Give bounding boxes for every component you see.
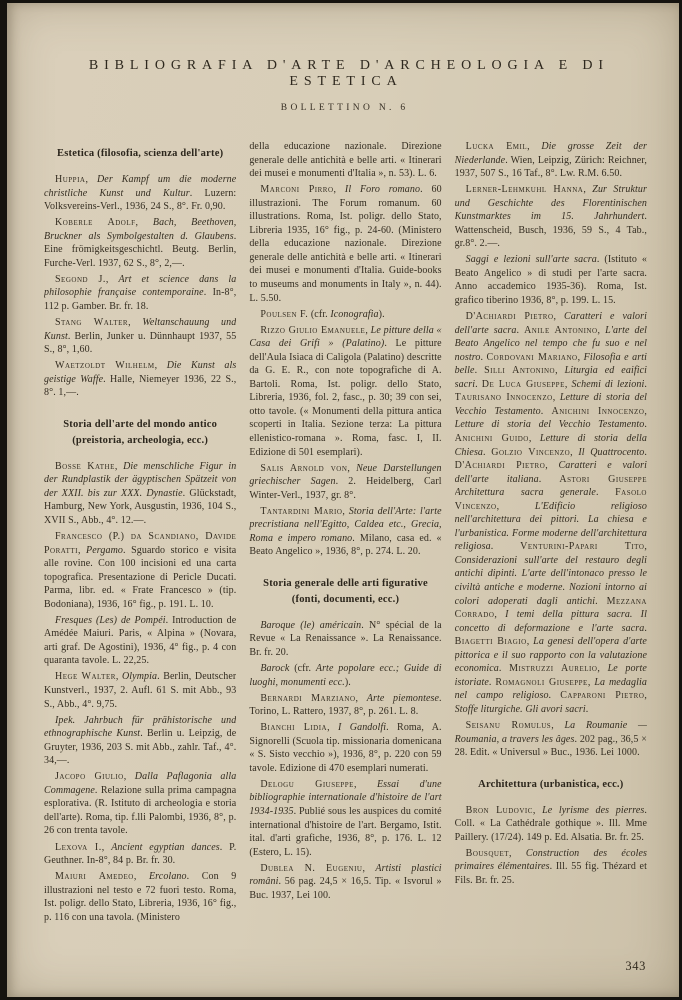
bibliography-entry: Seisanu Romulus, La Roumanie — Roumania,…: [455, 719, 647, 760]
bibliography-entry: Bosse Kathe, Die menschliche Figur in de…: [44, 460, 236, 528]
bibliography-entry: Bernardi Marziano, Arte piemontese. Tori…: [249, 692, 441, 719]
paper-surface: BIBLIOGRAFIA D'ARTE D'ARCHEOLOGIA E DI E…: [7, 3, 679, 997]
bibliography-entry: della educazione nazionale. Direzione ge…: [249, 140, 441, 181]
bibliography-entry: Bousquet, Construction des écoles primai…: [455, 847, 647, 888]
bibliography-entry: Francesco (P.) da Scandiano, Davide Pora…: [44, 530, 236, 611]
page-title: BIBLIOGRAFIA D'ARTE D'ARCHEOLOGIA E DI E…: [23, 58, 669, 90]
bibliography-entry: Stang Walter, Weltanschauung und Kunst. …: [44, 316, 236, 357]
bibliography-entry: Barock (cfr. Arte popolare ecc.; Guide d…: [249, 662, 441, 689]
column-2: della educazione nazionale. Direzione ge…: [249, 140, 441, 952]
bibliography-entry: Salis Arnold von, Neue Darstellungen gri…: [249, 462, 441, 503]
bibliography-entry: Hege Walter, Olympia. Berlin, Deutscher …: [44, 670, 236, 711]
text-columns: Estetica (filosofia, scienza dell'arte)H…: [44, 140, 647, 952]
bibliography-entry: Marconi Pirro, Il Foro romano. 60 illust…: [249, 183, 441, 305]
bibliography-entry: Jacopo Giulio, Dalla Paflagonia alla Com…: [44, 770, 236, 838]
bibliography-entry: Rizzo Giulio Emanuele, Le pitture della …: [249, 324, 441, 459]
section-heading: Architettura (urbanistica, ecc.): [457, 777, 645, 793]
page-number: 343: [625, 959, 646, 974]
bibliography-entry: Huppia, Der Kampf um die moderne christl…: [44, 173, 236, 214]
bibliography-entry: Lexova I., Ancient egyptian dances. P. G…: [44, 841, 236, 868]
bibliography-entry: Bianchi Lidia, I Gandolfi. Roma, A. Sign…: [249, 721, 441, 775]
bibliography-entry: Baroque (le) américain. N° spécial de la…: [249, 619, 441, 660]
bibliography-entry: Maiuri Amedeo, Ercolano. Con 9 illustraz…: [44, 870, 236, 924]
column-3: Lucka Emil, Die grosse Zeit der Niederla…: [455, 140, 647, 952]
section-heading: Storia generale delle arti figurative(fo…: [251, 576, 439, 608]
bibliography-entry: Saggi e lezioni sull'arte sacra. (Istitu…: [455, 253, 647, 307]
section-heading: Storia dell'arte del mondo antico(preist…: [46, 417, 234, 449]
bibliography-entry: Poulsen F. (cfr. Iconografia).: [249, 308, 441, 322]
section-heading: Estetica (filosofia, scienza dell'arte): [46, 146, 234, 162]
bibliography-entry: Waetzoldt Wilhelm, Die Kunst als geistig…: [44, 359, 236, 400]
bibliography-entry: Lerner-Lehmkuhl Hanna, Zur Struktur und …: [455, 183, 647, 251]
bibliography-entry: Lucka Emil, Die grosse Zeit der Niederla…: [455, 140, 647, 181]
bibliography-entry: Delogu Giuseppe, Essai d'une bibliograph…: [249, 778, 441, 859]
bibliography-entry: Bron Ludovic, Le lyrisme des pierres. Co…: [455, 804, 647, 845]
bibliography-entry: Segond J., Art et science dans la philos…: [44, 273, 236, 314]
bibliography-entry: D'Achiardi Pietro, Caratteri e valori de…: [455, 310, 647, 716]
bibliography-entry: Tantardini Mario, Storia dell'Arte: l'ar…: [249, 505, 441, 559]
page-header: BIBLIOGRAFIA D'ARTE D'ARCHEOLOGIA E DI E…: [7, 58, 679, 113]
column-1: Estetica (filosofia, scienza dell'arte)H…: [44, 140, 236, 952]
bibliography-entry: Koberle Adolf, Bach, Beethoven, Bruckner…: [44, 216, 236, 270]
bibliography-entry: Fresques (Les) de Pompéi. Introduction d…: [44, 614, 236, 668]
scanned-page: BIBLIOGRAFIA D'ARTE D'ARCHEOLOGIA E DI E…: [0, 0, 682, 1000]
bibliography-entry: Dublea N. Eugeniu, Artisti plastici româ…: [249, 862, 441, 903]
bibliography-entry: Ipek. Jahrbuch für prähistorische und et…: [44, 714, 236, 768]
page-subtitle: BOLLETTINO N. 6: [7, 103, 679, 113]
